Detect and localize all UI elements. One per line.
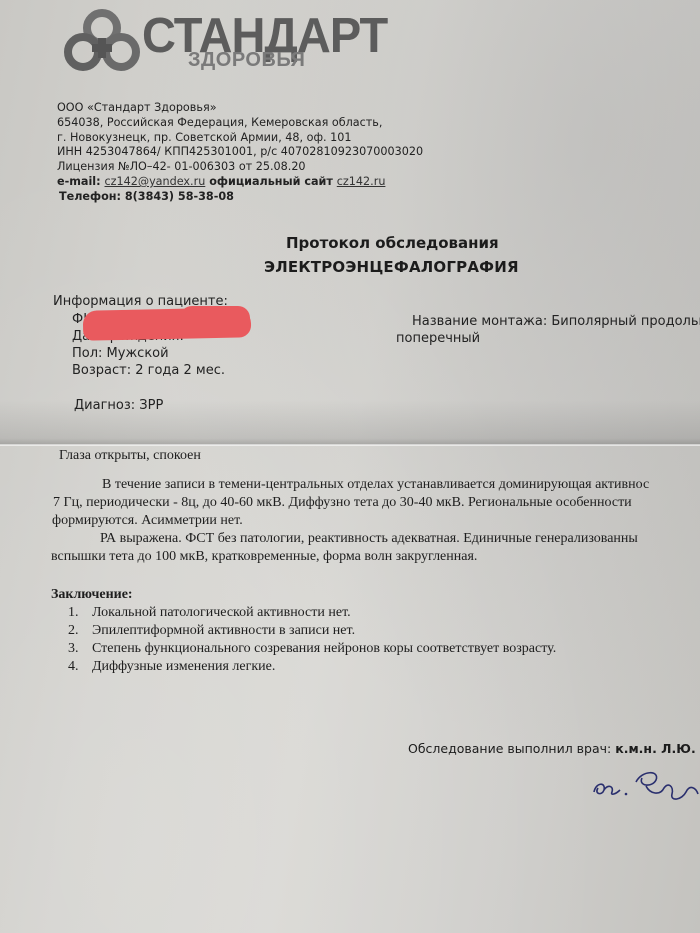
performed-by-label: Обследование выполнил врач: <box>408 741 611 756</box>
protocol-subtitle: ЭЛЕКТРОЭНЦЕФАЛОГРАФИЯ <box>264 258 519 276</box>
redaction-mark <box>180 306 250 330</box>
conclusion-heading: Заключение: <box>51 587 133 603</box>
conclusion-item: Локальной патологической активности нет. <box>92 605 351 621</box>
protocol-title: Протокол обследования <box>286 234 499 252</box>
conclusion-item: Диффузные изменения легкие. <box>92 659 275 675</box>
signature-icon <box>590 764 700 804</box>
findings-p1-line2: 7 Гц, периодически - 8ц, до 40-60 мкВ. Д… <box>53 495 632 511</box>
email-link[interactable]: cz142@yandex.ru <box>105 175 206 188</box>
performed-by: Обследование выполнил врач: к.м.н. Л.Ю. … <box>408 741 700 756</box>
patient-sex: Пол: Мужской <box>72 346 169 361</box>
document-page: СТАНДАРТ ЗДОРОВЬЯ ООО «Стандарт Здоровья… <box>0 0 700 933</box>
contact-line: e-mail: cz142@yandex.ru официальный сайт… <box>57 175 423 190</box>
phone: Телефон: 8(3843) 58-38-08 <box>59 190 423 205</box>
findings-p2-line2: вспышки тета до 100 мкВ, кратковременные… <box>51 549 477 565</box>
org-name: ООО «Стандарт Здоровья» <box>57 101 423 116</box>
patient-age: Возраст: 2 года 2 мес. <box>72 363 225 378</box>
paper-fold-line <box>0 444 700 446</box>
license: Лицензия №ЛО–42- 01-006303 от 25.08.20 <box>57 160 423 175</box>
website-link[interactable]: cz142.ru <box>337 175 386 188</box>
conclusion-item: Степень функционального созревания нейро… <box>92 641 556 657</box>
address-line-2: г. Новокузнецк, пр. Советской Армии, 48,… <box>57 131 423 146</box>
conclusion-item-number: 4. <box>68 659 79 675</box>
email-label: e-mail: <box>57 175 101 188</box>
site-label: официальный сайт <box>209 175 333 188</box>
conclusion-item-number: 3. <box>68 641 79 657</box>
logo-subtitle: ЗДОРОВЬЯ <box>188 49 305 72</box>
conclusion-item: Эпилептиформной активности в записи нет. <box>92 623 355 639</box>
trefoil-cross-icon <box>62 8 142 72</box>
montage-name: Название монтажа: Биполярный продольно- <box>412 314 700 329</box>
montage-name-cont: поперечный <box>396 331 480 346</box>
findings-p2-line1: РА выражена. ФСТ без патологии, реактивн… <box>100 531 638 547</box>
address-line-1: 654038, Российская Федерация, Кемеровска… <box>57 116 423 131</box>
findings-p1-line3: формируются. Асимметрии нет. <box>52 513 243 529</box>
doctor-name: к.м.н. Л.Ю. Редко <box>615 741 700 756</box>
requisites: ИНН 4253047864/ КПП425301001, р/с 407028… <box>57 145 423 160</box>
conclusion-item-number: 1. <box>68 605 79 621</box>
patient-diagnosis: Диагноз: ЗРР <box>74 398 163 413</box>
organization-details: ООО «Стандарт Здоровья» 654038, Российск… <box>57 101 423 205</box>
conclusion-item-number: 2. <box>68 623 79 639</box>
findings-p1-line1: В течение записи в темени-центральных от… <box>102 477 649 493</box>
patient-state: Глаза открыты, спокоен <box>59 448 201 464</box>
